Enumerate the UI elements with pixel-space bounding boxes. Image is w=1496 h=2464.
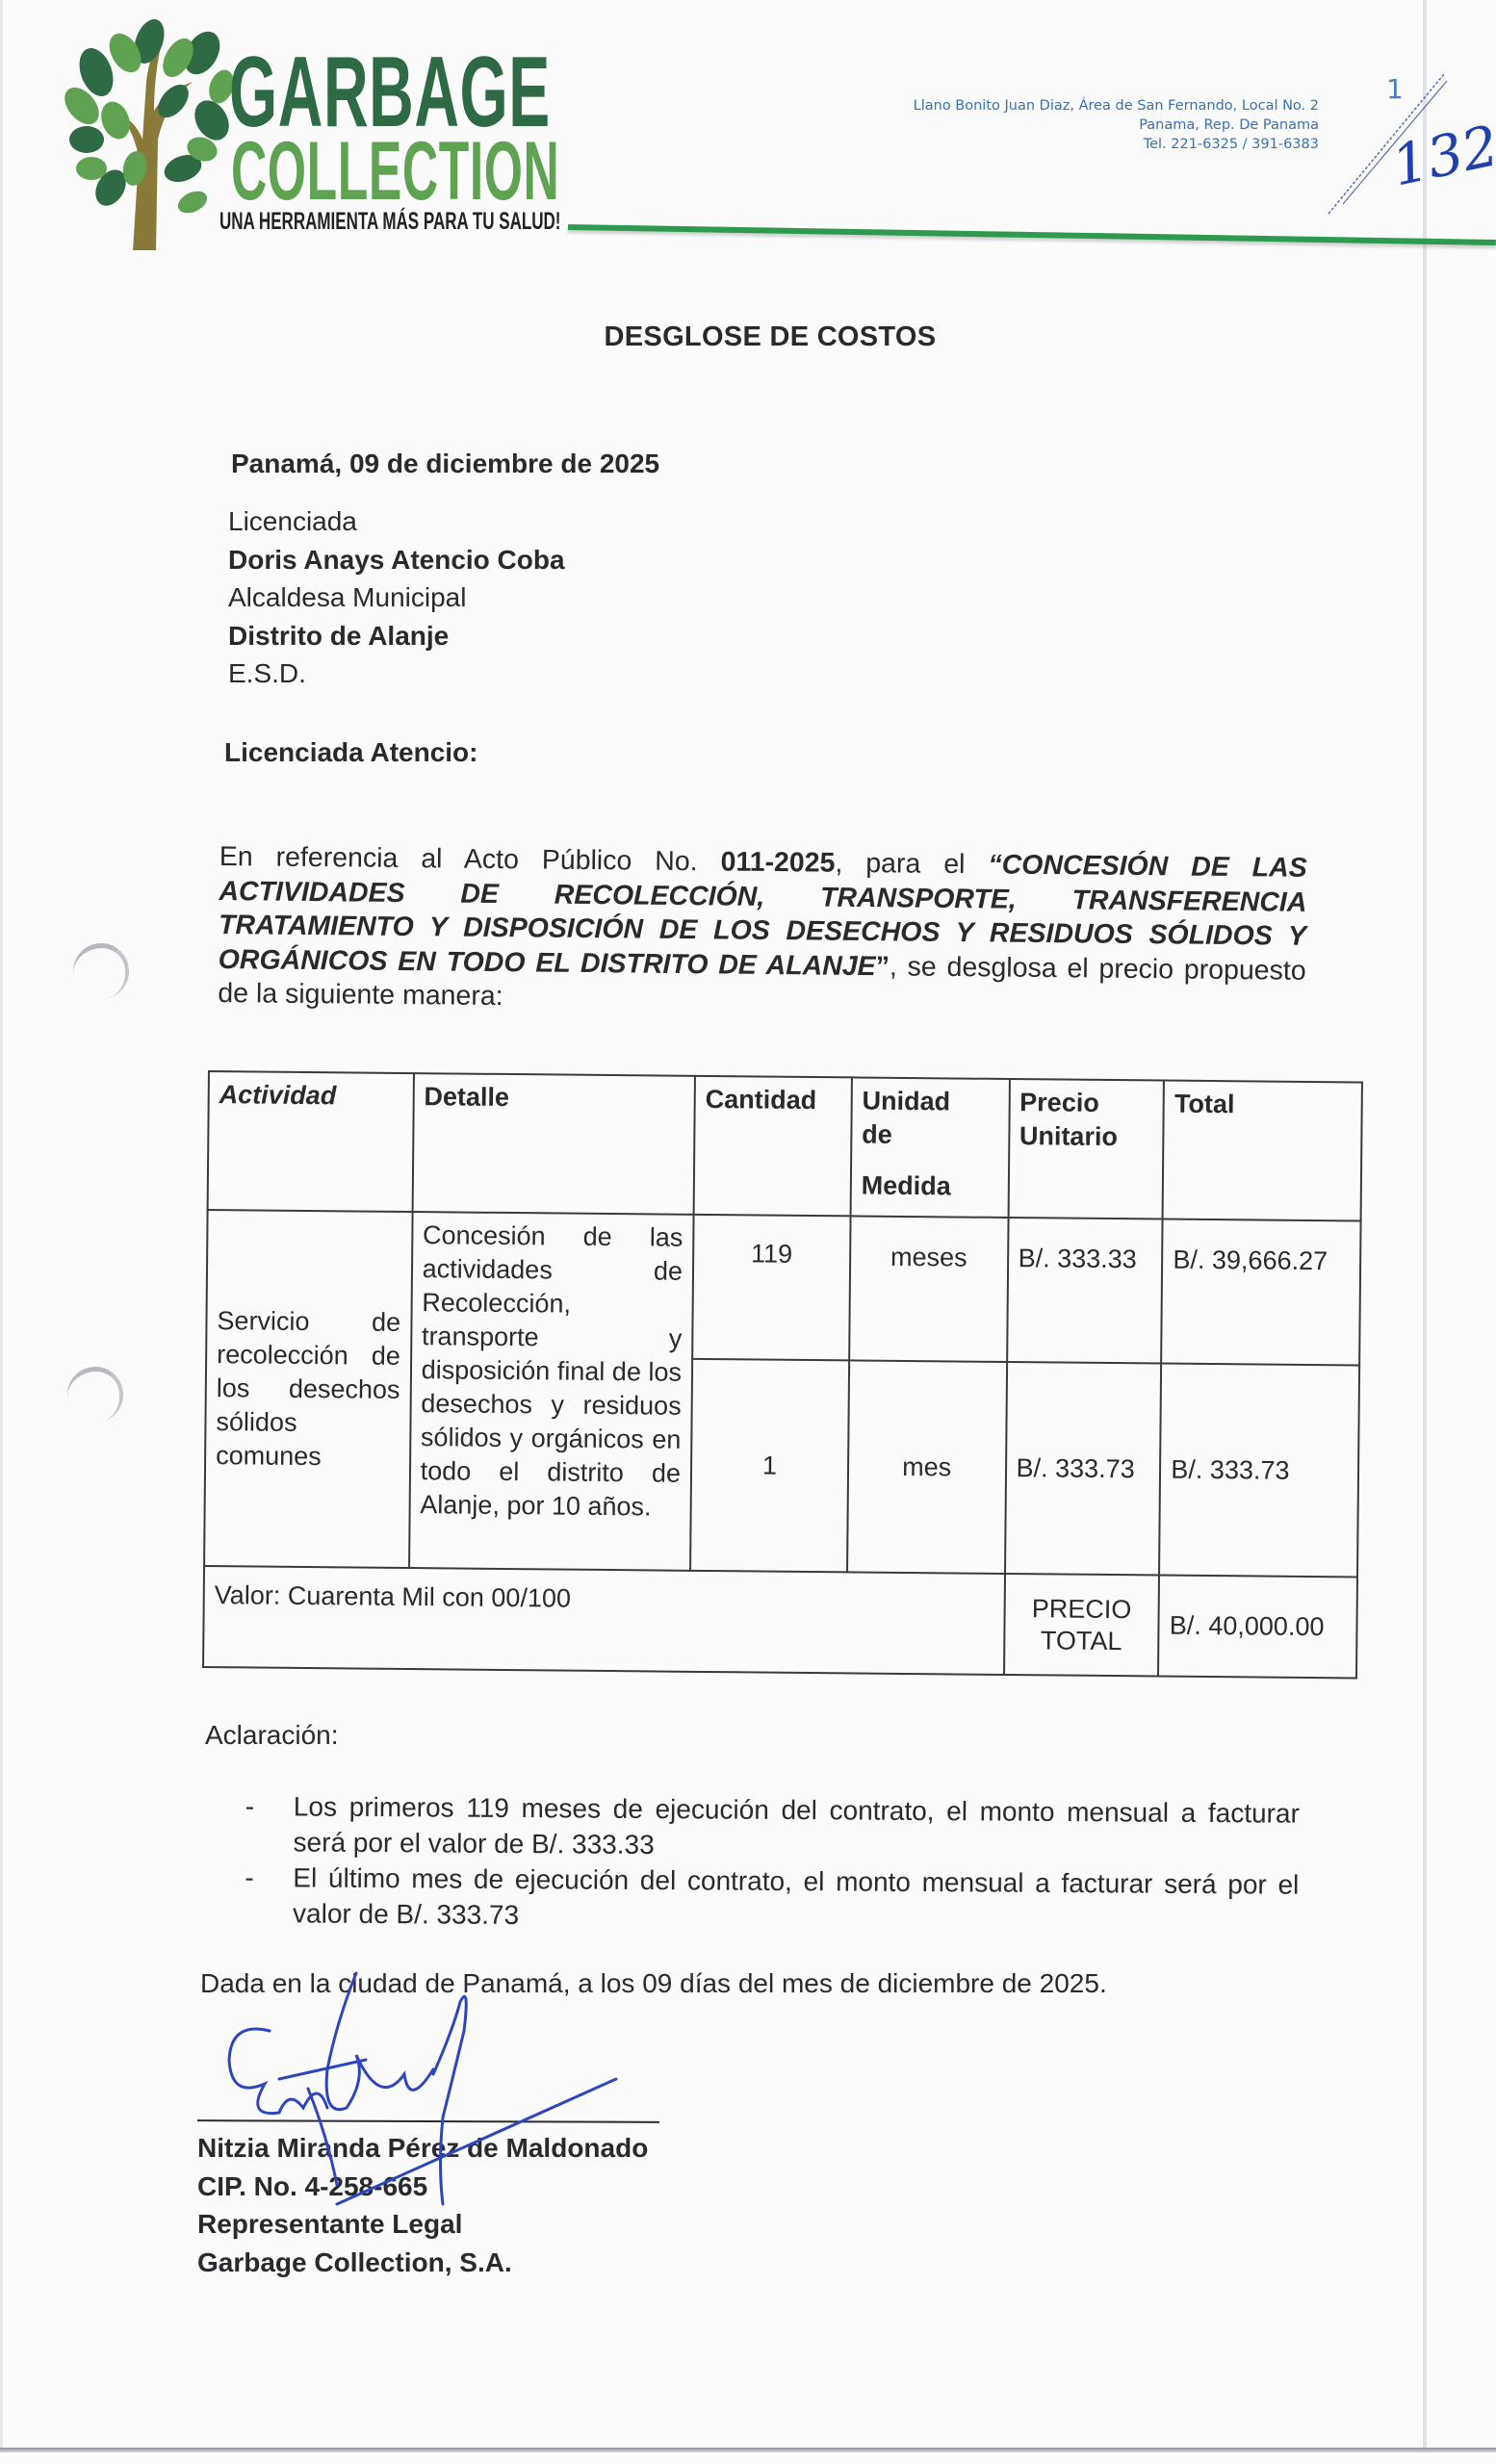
address-line: Panama, Rep. De Panama: [847, 115, 1319, 135]
header-de-word: de: [862, 1118, 998, 1153]
bullet-dash: -: [245, 1860, 254, 1895]
cell-actividad: Servicio de recolección de los desechos …: [204, 1210, 412, 1568]
paper-left-edge: [0, 0, 3, 2452]
para-mid: , para el: [835, 848, 988, 881]
table-total-row: Valor: Cuarenta Mil con 00/100 PRECIO TO…: [203, 1566, 1357, 1678]
brand-name-line2: COLLECTION: [231, 130, 559, 213]
list-item: - El último mes de ejecución del contrat…: [240, 1860, 1299, 1938]
cell-cantidad: 119: [692, 1215, 850, 1361]
table-row: Servicio de recolección de los desechos …: [206, 1210, 1360, 1365]
list-item: - Los primeros 119 meses de ejecución de…: [240, 1788, 1299, 1867]
greeting: Licenciada Atencio:: [224, 737, 477, 768]
header-precio-unitario: Precio Unitario: [1008, 1079, 1164, 1219]
document-title: DESGLOSE DE COSTOS: [0, 321, 1496, 353]
cell-total: B/. 39,666.27: [1161, 1219, 1360, 1366]
cell-precio-total-label: PRECIO TOTAL: [1004, 1574, 1160, 1677]
header-detalle: Detalle: [412, 1073, 695, 1215]
intro-paragraph: En referencia al Acto Público No. 011-20…: [218, 840, 1307, 1022]
total-word: TOTAL: [1015, 1625, 1148, 1657]
addressee-esd: E.S.D.: [228, 654, 565, 693]
closing-quote: ”: [876, 951, 890, 982]
addressee-name: Doris Anays Atencio Coba: [228, 541, 565, 579]
bullet-dash: -: [245, 1788, 255, 1824]
para-intro: En referencia al Acto Público No.: [219, 841, 721, 877]
cell-total: B/. 333.73: [1159, 1364, 1359, 1578]
cell-precio-total: B/. 40,000.00: [1158, 1576, 1357, 1679]
header-unitario-word: Unitario: [1019, 1119, 1153, 1154]
clarification-list: - Los primeros 119 meses de ejecución de…: [240, 1788, 1300, 1938]
signer-company: Garbage Collection, S.A.: [197, 2244, 648, 2282]
addressee-position: Alcaldesa Municipal: [228, 578, 565, 617]
cell-valor-letras: Valor: Cuarenta Mil con 00/100: [203, 1566, 1005, 1675]
handwritten-signature-icon: [212, 1963, 664, 2214]
address-line: Llano Bonito Juan Diaz, Área de San Fern…: [847, 96, 1319, 115]
list-item-text: Los primeros 119 meses de ejecución del …: [294, 1791, 1300, 1860]
paper-bottom-edge: [0, 2448, 1496, 2452]
header-total: Total: [1163, 1081, 1362, 1221]
paper-fold-line: [1423, 0, 1427, 2452]
header-precio-word: Precio: [1019, 1086, 1153, 1120]
cell-detalle: Concesión de las actividades de Recolecc…: [409, 1212, 694, 1571]
header-unidad-medida: Unidad de Medida: [850, 1077, 1009, 1218]
hole-punch-mark: [63, 1362, 127, 1426]
phone-line: Tel. 221-6325 / 391-6383: [847, 135, 1319, 154]
clarification-label: Aclaración:: [205, 1720, 339, 1751]
company-address: Llano Bonito Juan Diaz, Área de San Fern…: [847, 96, 1319, 154]
cell-unidad: mes: [847, 1360, 1007, 1574]
table-header-row: Actividad Detalle Cantidad Unidad de Med…: [208, 1071, 1362, 1220]
brand-tagline: UNA HERRAMIENTA MÁS PARA TU SALUD!: [219, 210, 560, 234]
header-medida-word: Medida: [862, 1169, 998, 1204]
addressee-block: Licenciada Doris Anays Atencio Coba Alca…: [228, 502, 565, 693]
cost-breakdown-table: Actividad Detalle Cantidad Unidad de Med…: [202, 1070, 1363, 1679]
tree-logo-icon: [58, 14, 241, 250]
header-unidad-word: Unidad: [862, 1085, 998, 1119]
cell-cantidad: 1: [690, 1359, 849, 1573]
list-item-text: El último mes de ejecución del contrato,…: [293, 1862, 1299, 1930]
header-divider: [568, 224, 1496, 245]
cell-unidad: meses: [849, 1216, 1008, 1362]
addressee-title: Licenciada: [228, 502, 565, 541]
cell-precio-unitario: B/. 333.33: [1007, 1218, 1163, 1364]
precio-word: PRECIO: [1015, 1593, 1148, 1626]
date-line: Panamá, 09 de diciembre de 2025: [231, 449, 659, 479]
hole-punch-mark: [68, 938, 133, 1003]
header-cantidad: Cantidad: [694, 1076, 852, 1217]
header-actividad: Actividad: [208, 1071, 414, 1212]
addressee-district: Distrito de Alanje: [228, 617, 565, 655]
cell-precio-unitario: B/. 333.73: [1005, 1362, 1162, 1576]
act-number: 011-2025: [720, 846, 835, 878]
